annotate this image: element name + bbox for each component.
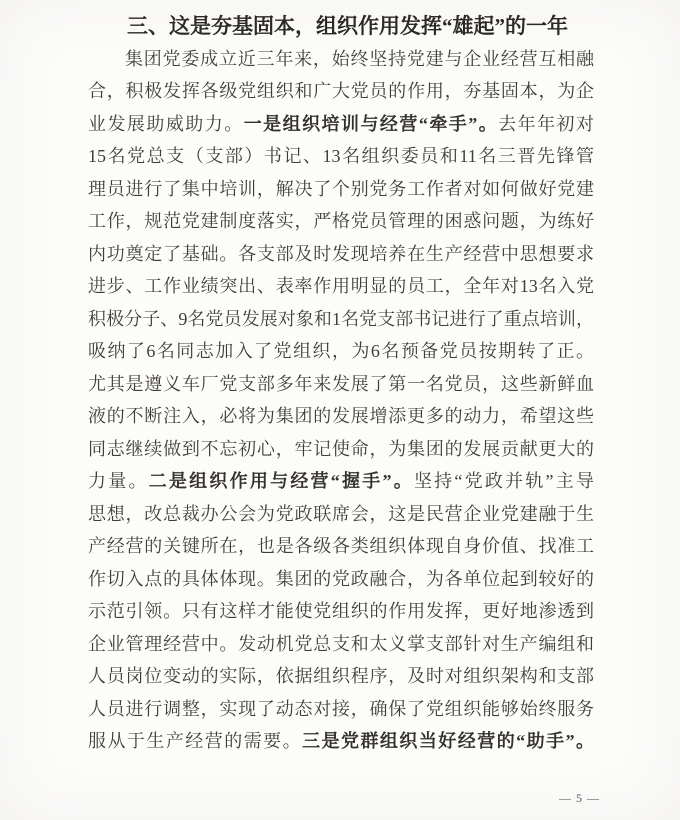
text-line: 业发展助威助力。一是组织培训与经营“牵手”。去年年初对 [88,108,594,141]
body-text-segment: 进步、工作业绩突出、表率作用明显的员工，全年对13名入党 [88,276,594,296]
body-text-segment: 理员进行了集中培训，解决了个别党务工作者对如何做好党建 [88,179,594,199]
body-text-segment: 合，积极发挥各级党组织和广大党员的作用，夯基固本，为企 [88,81,594,101]
body-text-segment: 企业管理经营中。发动机党总支和太义掌支部针对生产编组和 [88,634,594,654]
body-text-segment: 集团党委成立近三年来，始终坚持党建与企业经营互相融 [125,49,594,69]
body-text-segment: 15名党总支（支部）书记、13名组织委员和11名三晋先锋管 [88,146,594,166]
text-line: 集团党委成立近三年来，始终坚持党建与企业经营互相融 [88,43,594,76]
text-line: 进步、工作业绩突出、表率作用明显的员工，全年对13名入党 [88,270,594,303]
body-text-segment: 作切入点的具体体现。集团的党政融合，为各单位起到较好的 [88,569,594,589]
text-line: 力量。二是组织作用与经营“握手”。坚持“党政并轨”主导 [88,465,594,498]
body-text-segment: 液的不断注入，必将为集团的发展增添更多的动力，希望这些 [88,406,594,426]
body-text-segment: 坚持“党政并轨”主导 [414,471,594,491]
emphasized-text: 一是组织培训与经营“牵手”。 [244,114,498,134]
text-line: 作切入点的具体体现。集团的党政融合，为各单位起到较好的 [88,563,594,596]
body-text-segment: 力量。 [88,471,149,491]
body-text-segment: 吸纳了6名同志加入了党组织，为6名预备党员按期转了正。 [88,341,594,361]
text-line: 内功奠定了基础。各支部及时发现培养在生产经营中思想要求 [88,238,594,271]
document-content: 三、这是夯基固本，组织作用发挥“雄起”的一年 集团党委成立近三年来，始终坚持党建… [88,10,594,758]
text-line: 企业管理经营中。发动机党总支和太义掌支部针对生产编组和 [88,628,594,661]
text-line: 产经营的关键所在，也是各级各类组织体现自身价值、找准工 [88,530,594,563]
text-line: 服从于生产经营的需要。三是党群组织当好经营的“助手”。 [88,725,594,758]
body-text-segment: 人员进行调整，实现了动态对接，确保了党组织能够始终服务 [88,699,594,719]
text-line: 合，积极发挥各级党组织和广大党员的作用，夯基固本，为企 [88,75,594,108]
text-line: 液的不断注入，必将为集团的发展增添更多的动力，希望这些 [88,400,594,433]
text-line: 同志继续做到不忘初心，牢记使命，为集团的发展贡献更大的 [88,433,594,466]
text-line: 示范引领。只有这样才能使党组织的作用发挥，更好地渗透到 [88,595,594,628]
body-text-segment: 同志继续做到不忘初心，牢记使命，为集团的发展贡献更大的 [88,439,594,459]
body-text-segment: 产经营的关键所在，也是各级各类组织体现自身价值、找准工 [88,536,594,556]
text-line: 思想，改总裁办公会为党政联席会，这是民营企业党建融于生 [88,498,594,531]
text-line: 理员进行了集中培训，解决了个别党务工作者对如何做好党建 [88,173,594,206]
body-text-segment: 工作，规范党建制度落实，严格党员管理的困惑问题，为练好 [88,211,594,231]
body-text-segment: 业发展助威助力。 [88,114,244,134]
text-line: 积极分子、9名党员发展对象和1名党支部书记进行了重点培训， [88,303,594,336]
body-text-segment: 积极分子、9名党员发展对象和1名党支部书记进行了重点培训， [88,309,594,329]
body-text-segment: 人员岗位变动的实际，依据组织程序，及时对组织架构和支部 [88,666,594,686]
body-text-segment: 服从于生产经营的需要。 [88,731,302,751]
text-line: 吸纳了6名同志加入了党组织，为6名预备党员按期转了正。 [88,335,594,368]
body-text-segment: 思想，改总裁办公会为党政联席会，这是民营企业党建融于生 [88,504,594,524]
page-number: — 5 — [559,791,600,806]
text-line: 人员岗位变动的实际，依据组织程序，及时对组织架构和支部 [88,660,594,693]
document-page: 三、这是夯基固本，组织作用发挥“雄起”的一年 集团党委成立近三年来，始终坚持党建… [0,0,680,820]
body-text-segment: 尤其是遵义车厂党支部多年来发展了第一名党员，这些新鲜血 [88,374,594,394]
body-text-segment: 示范引领。只有这样才能使党组织的作用发挥，更好地渗透到 [88,601,594,621]
body-text: 集团党委成立近三年来，始终坚持党建与企业经营互相融合，积极发挥各级党组织和广大党… [88,43,594,758]
text-line: 尤其是遵义车厂党支部多年来发展了第一名党员，这些新鲜血 [88,368,594,401]
text-line: 15名党总支（支部）书记、13名组织委员和11名三晋先锋管 [88,140,594,173]
body-text-segment: 去年年初对 [498,114,594,134]
body-text-segment: 内功奠定了基础。各支部及时发现培养在生产经营中思想要求 [88,244,594,264]
text-line: 人员进行调整，实现了动态对接，确保了党组织能够始终服务 [88,693,594,726]
emphasized-text: 三是党群组织当好经营的“助手”。 [302,731,594,751]
text-line: 工作，规范党建制度落实，严格党员管理的困惑问题，为练好 [88,205,594,238]
emphasized-text: 二是组织作用与经营“握手”。 [149,471,414,491]
section-heading: 三、这是夯基固本，组织作用发挥“雄起”的一年 [88,10,594,43]
